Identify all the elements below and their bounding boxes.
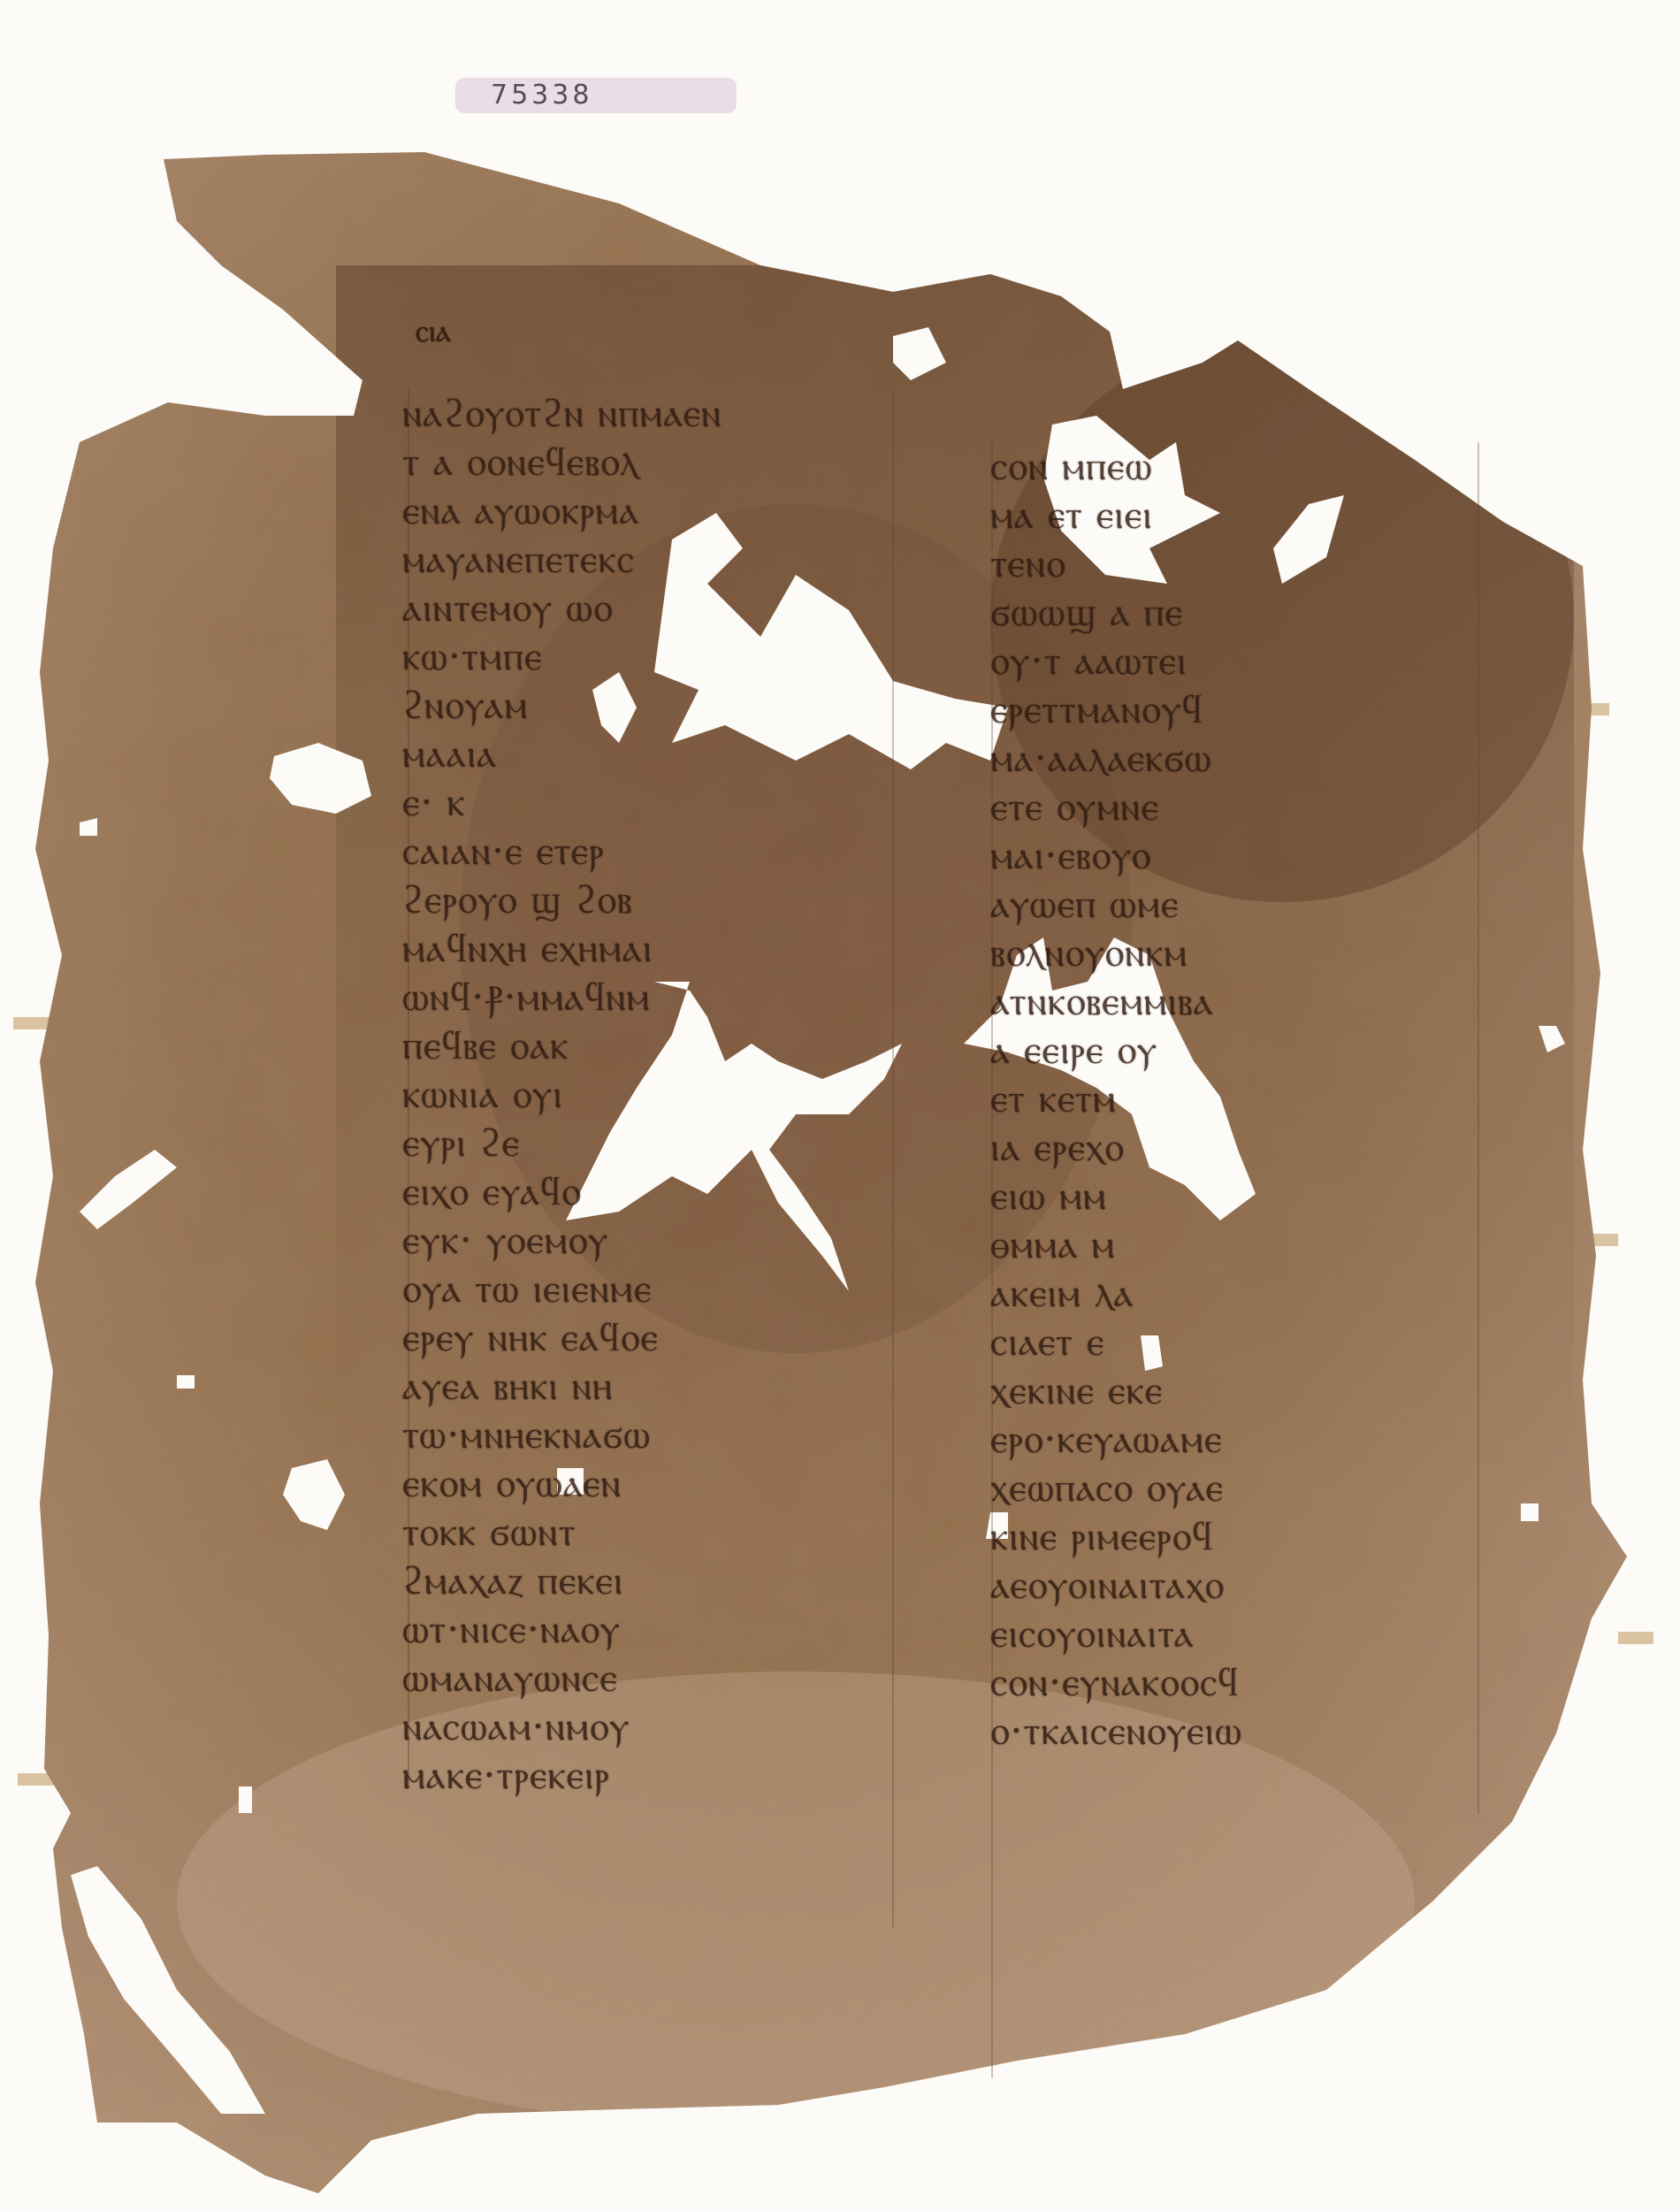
text-line: ⲙⲁⲁⲓⲁ [402, 730, 897, 778]
text-line: ⲛⲁⲥⲱⲁⲙ·ⲛⲙⲟⲩ [402, 1702, 897, 1751]
text-line: ⲙⲁⲓ·ⲉⲃⲟⲩⲟ [990, 831, 1485, 880]
text-line: ⲛⲁϩⲟⲩⲟⲧϩⲛ ⲛⲡⲙⲁⲉⲛ [402, 389, 897, 438]
text-line: ⲕⲱ·ⲧⲙⲡⲉ [402, 632, 897, 681]
text-line: ⲉⲛⲁ ⲁⲩⲱⲟⲕⲣⲙⲁ [402, 486, 897, 535]
text-line: ⲙⲁ ⲉⲧ ⲉⲓⲉⲓ [990, 491, 1485, 539]
text-line: ⲧⲟⲕⲕ ϭⲱⲛⲧ [402, 1508, 897, 1557]
text-line: ⲉⲧⲉ ⲟⲩⲙⲛⲉ [990, 783, 1485, 831]
text-line: ⲁⲧⲛⲕⲟⲃⲉⲙⲙⲓⲃⲁ [990, 977, 1485, 1026]
text-line: ⲁ ⲉⲉⲓⲣⲉ ⲟⲩ [990, 1026, 1485, 1075]
text-line: ⲕⲓⲛⲉ ⲣⲓⲙⲉⲉⲣⲟϥ [990, 1512, 1485, 1561]
text-line: ⲙⲁⲩⲁⲛⲉⲡⲉⲧⲉⲕⲥ [402, 535, 897, 584]
text-line: ϩⲛⲟⲩⲁⲙ [402, 681, 897, 730]
text-line: ⲙⲁϥⲛⲭⲏ ⲉⲭⲏⲙⲁⲓ [402, 924, 897, 973]
text-line: ⲭⲉⲱⲡⲁⲥⲟ ⲟⲩⲁⲉ [990, 1464, 1485, 1512]
text-line: ⲉⲣⲉⲩ ⲛⲏⲕ ⲉⲁϥⲟⲉ [402, 1313, 897, 1362]
text-line: ⲥⲓⲁⲉⲧ ⲉ [990, 1318, 1485, 1366]
text-line: ⲃⲟⲗⲛⲟⲩⲟⲛⲕⲙ [990, 929, 1485, 977]
text-line: ⲧⲉⲛⲟ [990, 539, 1485, 588]
text-line: ⲁⲉⲟⲩⲟⲓⲛⲁⲓⲧⲁⲭⲟ [990, 1561, 1485, 1610]
text-line: ⲱⲙⲁⲛⲁⲩⲱⲛⲥⲉ [402, 1654, 897, 1702]
text-line: ϩⲉⲣⲟⲩⲟ ϣ ϩⲟⲃ [402, 876, 897, 924]
text-line: ⲡⲉϥⲃⲉ ⲟⲁⲕ [402, 1021, 897, 1070]
text-line: ⲑⲙⲙⲁ ⲙ [990, 1220, 1485, 1269]
text-line: ⲥⲟⲛ·ⲉⲩⲛⲁⲕⲟⲟⲥϥ [990, 1658, 1485, 1707]
text-line: ⲱⲧ·ⲛⲓⲥⲉ·ⲛⲁⲟⲩ [402, 1605, 897, 1654]
text-line: ⲉⲧ ⲕⲉⲧⲙ [990, 1075, 1485, 1123]
text-line: ⲥⲟⲛ ⲙⲡⲉⲱ [990, 442, 1485, 491]
text-line: ϭⲱⲱϣ ⲁ ⲡⲉ [990, 588, 1485, 637]
text-line: ⲧⲱ·ⲙⲛⲏⲉⲕⲛⲁϭⲱ [402, 1411, 897, 1459]
text-line: ⲙⲁⲕⲉ·ⲧⲣⲉⲕⲉⲓⲣ [402, 1751, 897, 1800]
text-line: ⲉⲕⲟⲙ ⲟⲩⲱⲁⲉⲛ [402, 1459, 897, 1508]
text-line: ⲉⲣⲉⲧⲧⲙⲁⲛⲟⲩϥ [990, 685, 1485, 734]
text-line: ⲉⲣⲟ·ⲕⲉⲩⲁⲱⲁⲙⲉ [990, 1415, 1485, 1464]
folio-number: ⲥⲓⲁ [416, 314, 451, 349]
text-column-left: ⲛⲁϩⲟⲩⲟⲧϩⲛ ⲛⲡⲙⲁⲉⲛ ⲧ ⲁ ⲟⲟⲛⲉϥⲉⲃⲟⲗ ⲉⲛⲁ ⲁⲩⲱⲟⲕ… [402, 389, 897, 1800]
text-line: ⲟ·ⲧⲕⲁⲓⲥⲉⲛⲟⲩⲉⲓⲱ [990, 1707, 1485, 1756]
text-line: ⲕⲱⲛⲓⲁ ⲟⲩⲓ [402, 1070, 897, 1119]
text-line: ⲁⲕⲉⲓⲙ ⲗⲁ [990, 1269, 1485, 1318]
text-line: ⲥⲁⲓⲁⲛ·ⲉ ⲉⲧⲉⲣ [402, 827, 897, 876]
text-line: ⲉⲓⲥⲟⲩⲟⲓⲛⲁⲓⲧⲁ [990, 1610, 1485, 1658]
text-line: ⲧ ⲁ ⲟⲟⲛⲉϥⲉⲃⲟⲗ [402, 438, 897, 486]
text-line: ⲉⲓⲱ ⲙⲙ [990, 1172, 1485, 1220]
mount-tab [1618, 1632, 1653, 1644]
text-line: ⲟⲩ·ⲧ ⲁⲁⲱⲧⲉⲓ [990, 637, 1485, 685]
text-line: ⲱⲛϥ·ⳁ·ⲙⲙⲁϥⲛⲙ [402, 973, 897, 1021]
text-column-right: ⲥⲟⲛ ⲙⲡⲉⲱ ⲙⲁ ⲉⲧ ⲉⲓⲉⲓ ⲧⲉⲛⲟ ϭⲱⲱϣ ⲁ ⲡⲉ ⲟⲩ·ⲧ … [990, 442, 1485, 1756]
text-line: ⲙⲁ·ⲁⲁⲗⲁⲉⲕϭⲱ [990, 734, 1485, 783]
text-line: ⲭⲉⲕⲓⲛⲉ ⲉⲕⲉ [990, 1366, 1485, 1415]
text-line: ϩⲙⲁⲭⲁⲍ ⲡⲉⲕⲉⲓ [402, 1557, 897, 1605]
text-line: ⲁⲩⲉⲁ ⲃⲏⲕⲓ ⲛⲏ [402, 1362, 897, 1411]
text-line: ⲉ· ⲕ [402, 778, 897, 827]
text-line: ⲟⲩⲁ ⲧⲱ ⲓⲉⲓⲉⲛⲙⲉ [402, 1265, 897, 1313]
text-line: ⲉⲓⲭⲟ ⲉⲩⲁϥⲟ [402, 1167, 897, 1216]
text-line: ⲓⲁ ⲉⲣⲉⲭⲟ [990, 1123, 1485, 1172]
text-line: ⲁⲩⲱⲉⲡ ⲱⲙⲉ [990, 880, 1485, 929]
text-line: ⲉⲩⲣⲓ ϩⲉ [402, 1119, 897, 1167]
text-line: ⲁⲓⲛⲧⲉⲙⲟⲩ ⲱⲟ [402, 584, 897, 632]
text-line: ⲉⲩⲕ· ⲩⲟⲉⲙⲟⲩ [402, 1216, 897, 1265]
